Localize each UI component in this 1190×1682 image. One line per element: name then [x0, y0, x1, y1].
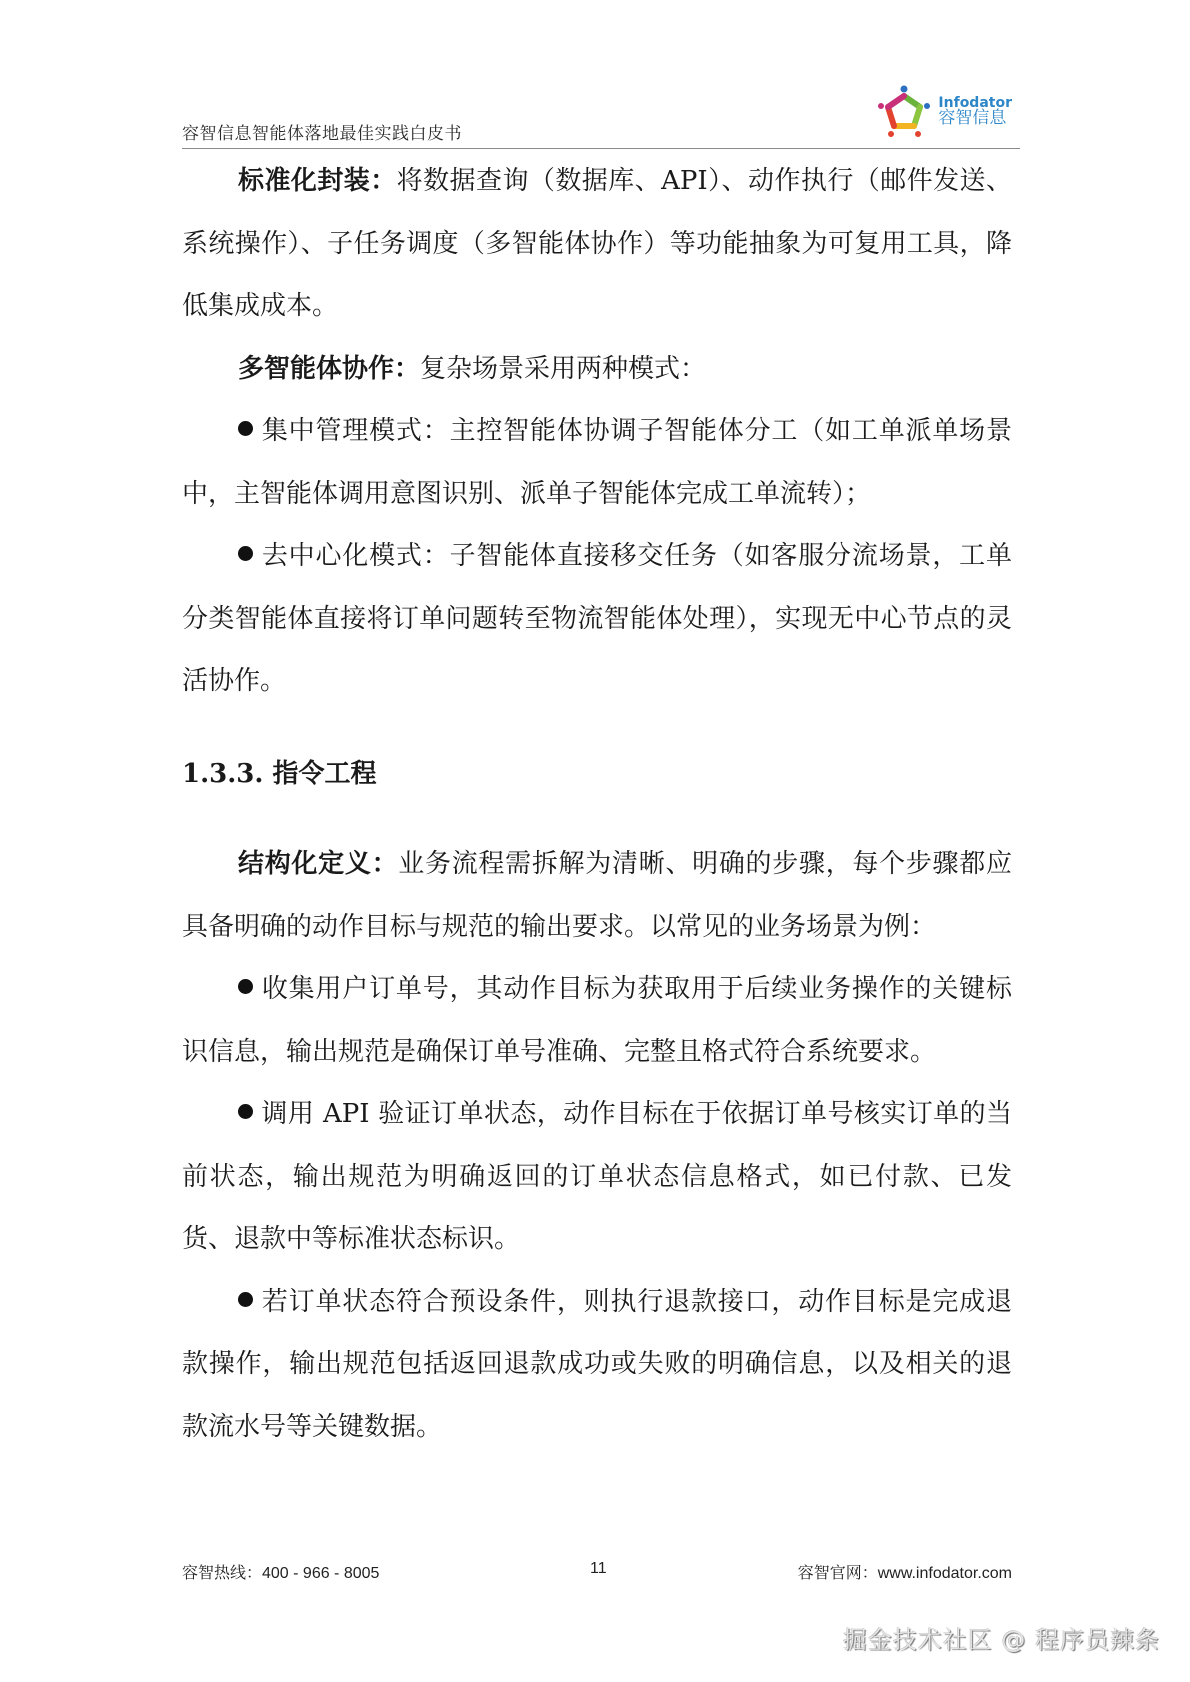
page-content: 标准化封装：将数据查询（数据库、API）、动作执行（邮件发送、系统操作）、子任务…: [182, 150, 1012, 1458]
infodator-logo-icon: [876, 84, 932, 140]
list-item-text: 去中心化模式：子智能体直接移交任务（如客服分流场景，工单分类智能体直接将订单问题…: [182, 541, 1012, 696]
bullet-icon: [238, 979, 253, 994]
list-item-verify-order-status: 调用 API 验证订单状态，动作目标在于依据订单号核实订单的当前状态，输出规范为…: [182, 1083, 1012, 1271]
paragraph-text: 复杂场景采用两种模式：: [420, 354, 706, 384]
page-header: 容智信息智能体落地最佳实践白皮书 Infodator 容智信息: [182, 82, 1020, 149]
paragraph-lead: 结构化定义：: [238, 849, 398, 879]
list-item-execute-refund: 若订单状态符合预设条件，则执行退款接口，动作目标是完成退款操作，输出规范包括返回…: [182, 1271, 1012, 1459]
logo-text: Infodator 容智信息: [938, 96, 1012, 129]
list-item-text: 集中管理模式：主控智能体协调子智能体分工（如工单派单场景中，主智能体调用意图识别…: [182, 416, 1012, 509]
bullet-icon: [238, 421, 253, 436]
list-item-decentralized-mode: 去中心化模式：子智能体直接移交任务（如客服分流场景，工单分类智能体直接将订单问题…: [182, 525, 1012, 713]
list-item-collect-order-number: 收集用户订单号，其动作目标为获取用于后续业务操作的关键标识信息，输出规范是确保订…: [182, 958, 1012, 1083]
watermark: 掘金技术社区 @ 程序员辣条: [843, 1620, 1160, 1655]
company-logo: Infodator 容智信息: [876, 82, 1012, 142]
section-number: 1.3.3.: [182, 759, 263, 789]
list-item-text: 收集用户订单号，其动作目标为获取用于后续业务操作的关键标识信息，输出规范是确保订…: [182, 974, 1012, 1067]
logo-name-cn: 容智信息: [938, 110, 1012, 128]
list-item-text: 调用 API 验证订单状态，动作目标在于依据订单号核实订单的当前状态，输出规范为…: [182, 1099, 1012, 1254]
section-spacer: [182, 713, 1012, 743]
paragraph-structured-definition: 结构化定义：业务流程需拆解为清晰、明确的步骤，每个步骤都应具备明确的动作目标与规…: [182, 833, 1012, 958]
paragraph-lead: 标准化封装：: [238, 166, 397, 196]
section-spacer: [182, 805, 1012, 833]
bullet-icon: [238, 1292, 253, 1307]
website-link[interactable]: 容智官网：www.infodator.com: [798, 1560, 1012, 1583]
section-heading: 1.3.3. 指令工程: [182, 743, 1012, 806]
list-item-text: 若订单状态符合预设条件，则执行退款接口，动作目标是完成退款操作，输出规范包括返回…: [182, 1287, 1012, 1442]
document-title: 容智信息智能体落地最佳实践白皮书: [182, 119, 462, 144]
paragraph-multi-agent-collaboration: 多智能体协作：复杂场景采用两种模式：: [182, 338, 1012, 401]
section-title: 指令工程: [273, 759, 377, 789]
paragraph-lead: 多智能体协作：: [238, 354, 420, 384]
list-item-centralized-mode: 集中管理模式：主控智能体协调子智能体分工（如工单派单场景中，主智能体调用意图识别…: [182, 400, 1012, 525]
paragraph-standardized-encapsulation: 标准化封装：将数据查询（数据库、API）、动作执行（邮件发送、系统操作）、子任务…: [182, 150, 1012, 338]
hotline: 容智热线：400 - 966 - 8005: [182, 1560, 379, 1583]
page-footer: 容智热线：400 - 966 - 8005 11 容智官网：www.infoda…: [182, 1560, 1012, 1584]
bullet-icon: [238, 1104, 253, 1119]
bullet-icon: [238, 546, 253, 561]
page-number: 11: [590, 1560, 607, 1578]
